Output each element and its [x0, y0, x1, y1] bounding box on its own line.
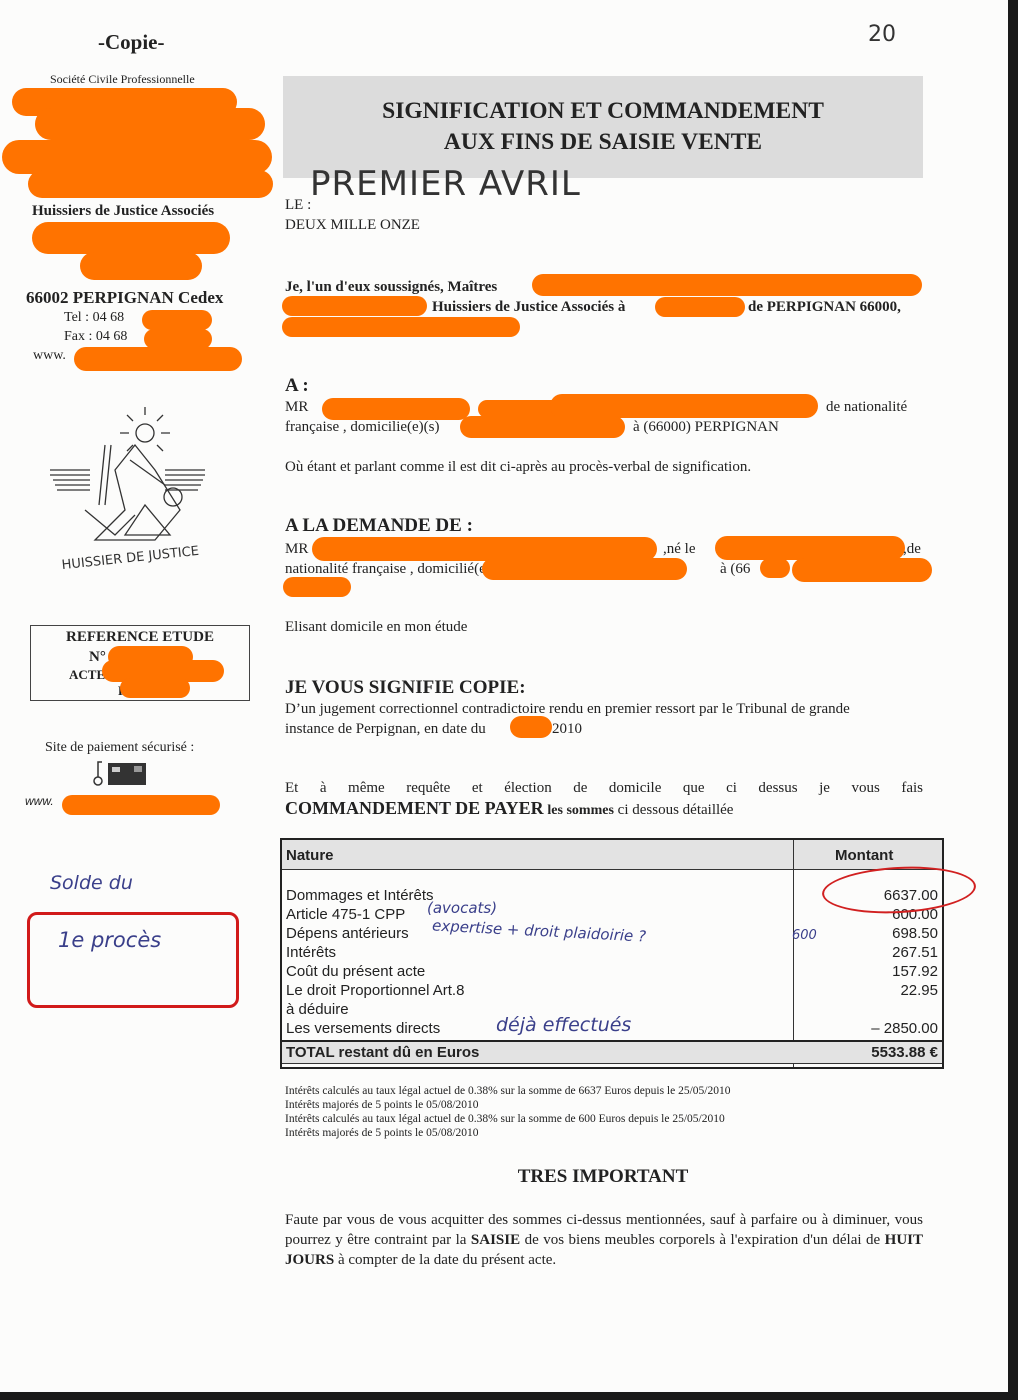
redaction — [35, 108, 265, 140]
request-line1: MR — [285, 539, 308, 559]
payment-label: Site de paiement sécurisé : — [45, 740, 194, 756]
command-line2: COMMANDEMENT DE PAYER les sommes ci dess… — [285, 798, 733, 819]
copy-line2-end: 2010 — [552, 719, 582, 739]
redaction — [282, 296, 427, 316]
row-montant: 698.50 — [892, 925, 938, 942]
request-line1-mid: ,né le — [663, 539, 695, 559]
huissier-emblem-icon: HUISSIER DE JUSTICE — [45, 405, 215, 575]
payment-website: www. — [25, 794, 54, 808]
to-heading: A : — [285, 375, 309, 397]
reference-title: REFERENCE ETUDE — [31, 629, 249, 646]
firm-role: Huissiers de Justice Associés — [32, 203, 214, 220]
total-label: TOTAL restant dû en Euros — [286, 1044, 479, 1061]
row-montant: 22.95 — [900, 982, 938, 999]
request-heading: A LA DEMANDE DE : — [285, 515, 473, 537]
note-line: Intérêts calculés au taux légal actuel d… — [285, 1112, 731, 1126]
table-header: Nature Montant — [282, 840, 942, 870]
copy-line1: D’un jugement correctionnel contradictoi… — [285, 699, 850, 719]
document-title-line2: AUX FINS DE SAISIE VENTE — [283, 129, 923, 156]
important-heading: TRES IMPORTANT — [283, 1166, 923, 1188]
handwritten-avocats: (avocats) — [427, 899, 497, 917]
redaction — [142, 310, 212, 330]
to-line1-end: de nationalité — [826, 397, 907, 417]
redaction — [655, 297, 745, 317]
handwritten-page-number: 20 — [868, 22, 896, 47]
document-page: 20 -Copie- Société Civile Professionnell… — [0, 0, 1008, 1392]
interest-notes: Intérêts calculés au taux légal actuel d… — [285, 1084, 731, 1140]
note-line: Intérêts majorés de 5 points le 05/08/20… — [285, 1098, 731, 1112]
redaction — [550, 394, 818, 418]
table-row: Coût du présent acte157.92 — [286, 963, 938, 982]
request-line2-end: à (66 — [720, 559, 750, 579]
to-line1: MR — [285, 397, 308, 417]
request-line2: nationalité française , domicilié(e)(s) — [285, 559, 507, 579]
row-nature: Article 475-1 CPP — [286, 906, 405, 923]
document-title-band: SIGNIFICATION ET COMMANDEMENT AUX FINS D… — [283, 76, 923, 178]
row-nature: Coût du présent acte — [286, 963, 425, 980]
redaction — [283, 577, 351, 597]
command-end: ci dessous détaillée — [618, 802, 734, 818]
date-year: DEUX MILLE ONZE — [285, 217, 420, 234]
command-bold-small: les sommes — [547, 803, 614, 818]
redaction — [532, 274, 922, 296]
redaction — [792, 558, 932, 582]
row-nature: Dépens antérieurs — [286, 925, 409, 942]
row-montant: 157.92 — [892, 963, 938, 980]
red-highlight-box — [27, 912, 239, 1008]
firm-fax: Fax : 04 68 — [64, 329, 127, 345]
table-row: Intérêts267.51 — [286, 944, 938, 963]
intro-line2: Huissiers de Justice Associés à — [432, 297, 625, 317]
total-value: 5533.88 € — [871, 1044, 938, 1061]
row-nature: Dommages et Intérêts — [286, 887, 434, 904]
redaction — [282, 317, 520, 337]
handwritten-versements: déjà effectués — [496, 1014, 631, 1036]
to-line3: Où étant et parlant comme il est dit ci-… — [285, 457, 751, 477]
table-row: Article 475-1 CPP600.00 — [286, 906, 938, 925]
copy-line2: instance de Perpignan, en date du — [285, 719, 486, 739]
copy-heading: JE VOUS SIGNIFIE COPIE: — [285, 677, 526, 699]
request-line3: Elisant domicile en mon étude — [285, 617, 467, 637]
firm-tel: Tel : 04 68 — [64, 310, 124, 326]
redaction — [120, 678, 190, 698]
intro-line1: Je, l'un d'eux soussignés, Maîtres — [285, 277, 497, 297]
document-title-line1: SIGNIFICATION ET COMMANDEMENT — [283, 98, 923, 125]
copy-mark: -Copie- — [98, 30, 165, 55]
redaction — [715, 536, 905, 560]
request-line1-end: ,de — [903, 539, 921, 559]
svg-text:HUISSIER DE JUSTICE: HUISSIER DE JUSTICE — [61, 544, 200, 573]
row-nature: Les versements directs — [286, 1020, 440, 1037]
firm-type: Société Civile Professionnelle — [50, 72, 195, 87]
firm-website: www. — [33, 348, 66, 364]
redaction — [482, 558, 687, 580]
redaction — [510, 716, 552, 738]
handwritten-margin-note-2: 1e procès — [58, 928, 161, 952]
handwritten-depens-amount: 600 — [792, 928, 817, 943]
command-bold: COMMANDEMENT DE PAYER — [285, 798, 544, 818]
table-row: Le droit Proportionnel Art.822.95 — [286, 982, 938, 1001]
to-line2: française , domicilie(e)(s) — [285, 417, 440, 437]
redaction — [32, 222, 230, 254]
handwritten-date: PREMIER AVRIL — [310, 164, 581, 204]
redaction — [74, 347, 242, 371]
header-montant: Montant — [835, 847, 893, 864]
redaction — [62, 795, 220, 815]
command-line1: Et à même requête et élection de domicil… — [285, 778, 923, 798]
redaction — [144, 329, 212, 349]
redaction — [28, 170, 273, 198]
date-label: LE : — [285, 197, 311, 214]
table-total-row: TOTAL restant dû en Euros 5533.88 € — [282, 1040, 942, 1064]
row-nature: Le droit Proportionnel Art.8 — [286, 982, 464, 999]
redaction — [460, 416, 625, 438]
important-paragraph: Faute par vous de vous acquitter des som… — [285, 1210, 923, 1270]
note-line: Intérêts majorés de 5 points le 05/08/20… — [285, 1126, 731, 1140]
intro-line2-end: de PERPIGNAN 66000, — [748, 297, 901, 317]
header-nature: Nature — [286, 847, 334, 864]
redaction — [80, 252, 202, 280]
redaction — [760, 558, 790, 578]
key-card-icon — [92, 760, 162, 786]
row-nature: à déduire — [286, 1001, 349, 1018]
firm-city: 66002 PERPIGNAN Cedex — [26, 288, 223, 308]
handwritten-margin-note: Solde du — [50, 872, 133, 894]
row-nature: Intérêts — [286, 944, 336, 961]
row-montant: – 2850.00 — [871, 1020, 938, 1037]
note-line: Intérêts calculés au taux légal actuel d… — [285, 1084, 731, 1098]
to-line2-end: à (66000) PERPIGNAN — [633, 417, 779, 437]
reference-acte-label: ACTE — [69, 667, 105, 683]
redaction — [2, 140, 272, 174]
row-montant: 267.51 — [892, 944, 938, 961]
